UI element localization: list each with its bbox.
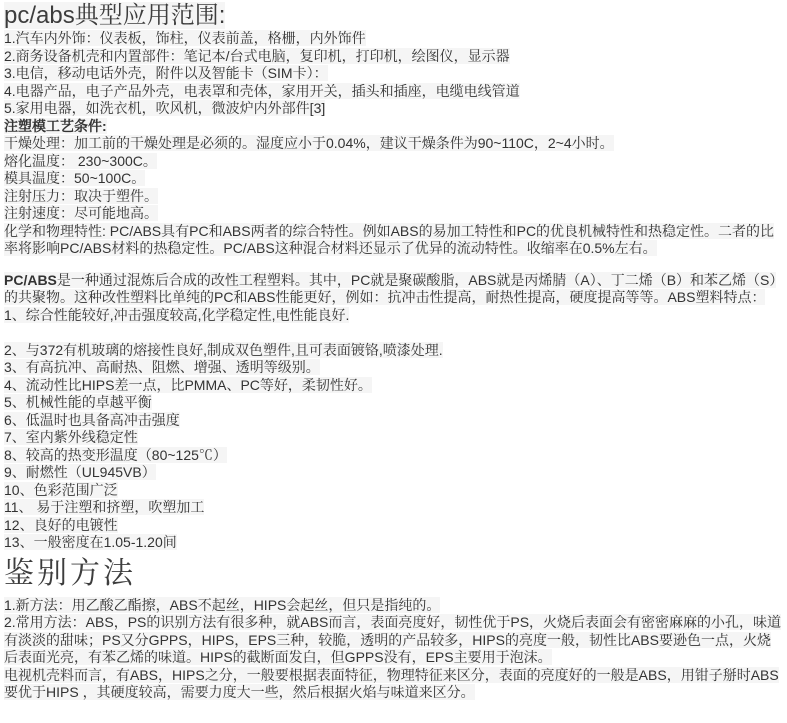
application-item-1: 1.汽车内外饰：仪表板，饰柱，仪表前盖，格栅，内外饰件 bbox=[4, 30, 783, 48]
molding-line-injection-speed: 注射速度：尽可能地高。 bbox=[4, 205, 783, 223]
intro-lead-bold: PC/ABS bbox=[4, 272, 57, 288]
application-item-3: 3.电信，移动电话外壳，附件以及智能卡（SIM卡）： bbox=[4, 65, 783, 83]
article-page: pc/abs典型应用范围: 1.汽车内外饰：仪表板，饰柱，仪表前盖，格栅，内外饰… bbox=[0, 0, 787, 702]
feature-item-12: 12、良好的电镀性 bbox=[4, 517, 783, 535]
application-item-4: 4.电器产品，电子产品外壳，电表罩和壳体，家用开关，插头和插座，电缆电线管道 bbox=[4, 83, 783, 101]
feature-item-5: 5、机械性能的卓越平衡 bbox=[4, 394, 783, 412]
page-title: pc/abs典型应用范围: bbox=[4, 2, 783, 30]
molding-line-drying: 干燥处理：加工前的干燥处理是必须的。湿度应小于0.04%，建议干燥条件为90~1… bbox=[4, 135, 783, 153]
feature-item-4: 4、流动性比HIPS差一点，比PMMA、PC等好，柔韧性好。 bbox=[4, 377, 783, 395]
molding-line-injection-pressure: 注射压力：取决于塑件。 bbox=[4, 188, 783, 206]
feature-item-3: 3、有高抗冲、高耐热、阻燃、增强、透明等级别。 bbox=[4, 359, 783, 377]
page-title-text: pc/abs典型应用范围: bbox=[4, 2, 225, 29]
feature-item-10: 10、色彩范围广泛 bbox=[4, 482, 783, 500]
feature-item-8: 8、较高的热变形温度（80~125℃） bbox=[4, 447, 783, 465]
feature-item-13: 13、一般密度在1.05-1.20间 bbox=[4, 534, 783, 552]
feature-item-9: 9、耐燃性（UL945VB） bbox=[4, 464, 783, 482]
intro-paragraph: PC/ABS是一种通过混炼后合成的改性工程塑料。其中，PC就是聚碳酸脂，ABS就… bbox=[4, 272, 783, 307]
molding-line-melt-temp: 熔化温度： 230~300C。 bbox=[4, 153, 783, 171]
identification-heading: 鉴别方法 bbox=[4, 556, 783, 592]
application-item-2: 2.商务设备机壳和内置部件：笔记本/台式电脑，复印机，打印机，绘图仪，显示器 bbox=[4, 48, 783, 66]
identification-paragraph-1: 1.新方法：用乙酸乙酯擦，ABS不起丝，HIPS会起丝，但只是指纯的。 bbox=[4, 597, 783, 615]
section-gap bbox=[4, 258, 783, 272]
feature-item-6: 6、低温时也具备高冲击强度 bbox=[4, 412, 783, 430]
application-item-5: 5.家用电器，如洗衣机，吹风机，微波炉内外部件[3] bbox=[4, 100, 783, 118]
identification-paragraph-2: 2.常用方法：ABS，PS的识别方法有很多种，就ABS而言，表面亮度好，韧性优于… bbox=[4, 614, 783, 667]
intro-text: 是一种通过混炼后合成的改性工程塑料。其中，PC就是聚碳酸脂，ABS就是丙烯腈（A… bbox=[4, 272, 776, 306]
molding-section-heading: 注塑模工艺条件: bbox=[4, 118, 783, 136]
feature-item-1: 1、综合性能较好,冲击强度较高,化学稳定性,电性能良好. bbox=[4, 307, 783, 325]
molding-line-mold-temp: 模具温度：50~100C。 bbox=[4, 170, 783, 188]
feature-item-2: 2、与372有机玻璃的熔接性良好,制成双色塑件,且可表面镀铬,喷漆处理. bbox=[4, 342, 783, 360]
feature-item-11: 11、 易于注塑和挤塑，吹塑加工 bbox=[4, 499, 783, 517]
identification-paragraph-3: 电视机壳料而言，有ABS，HIPS之分，一般要根据表面特征，物理特征来区分，表面… bbox=[4, 667, 783, 702]
molding-line-chem-physical: 化学和物理特性: PC/ABS具有PC和ABS两者的综合特性。例如ABS的易加工… bbox=[4, 223, 783, 258]
feature-item-7: 7、室内紫外线稳定性 bbox=[4, 429, 783, 447]
feature-list-gap bbox=[4, 324, 783, 342]
